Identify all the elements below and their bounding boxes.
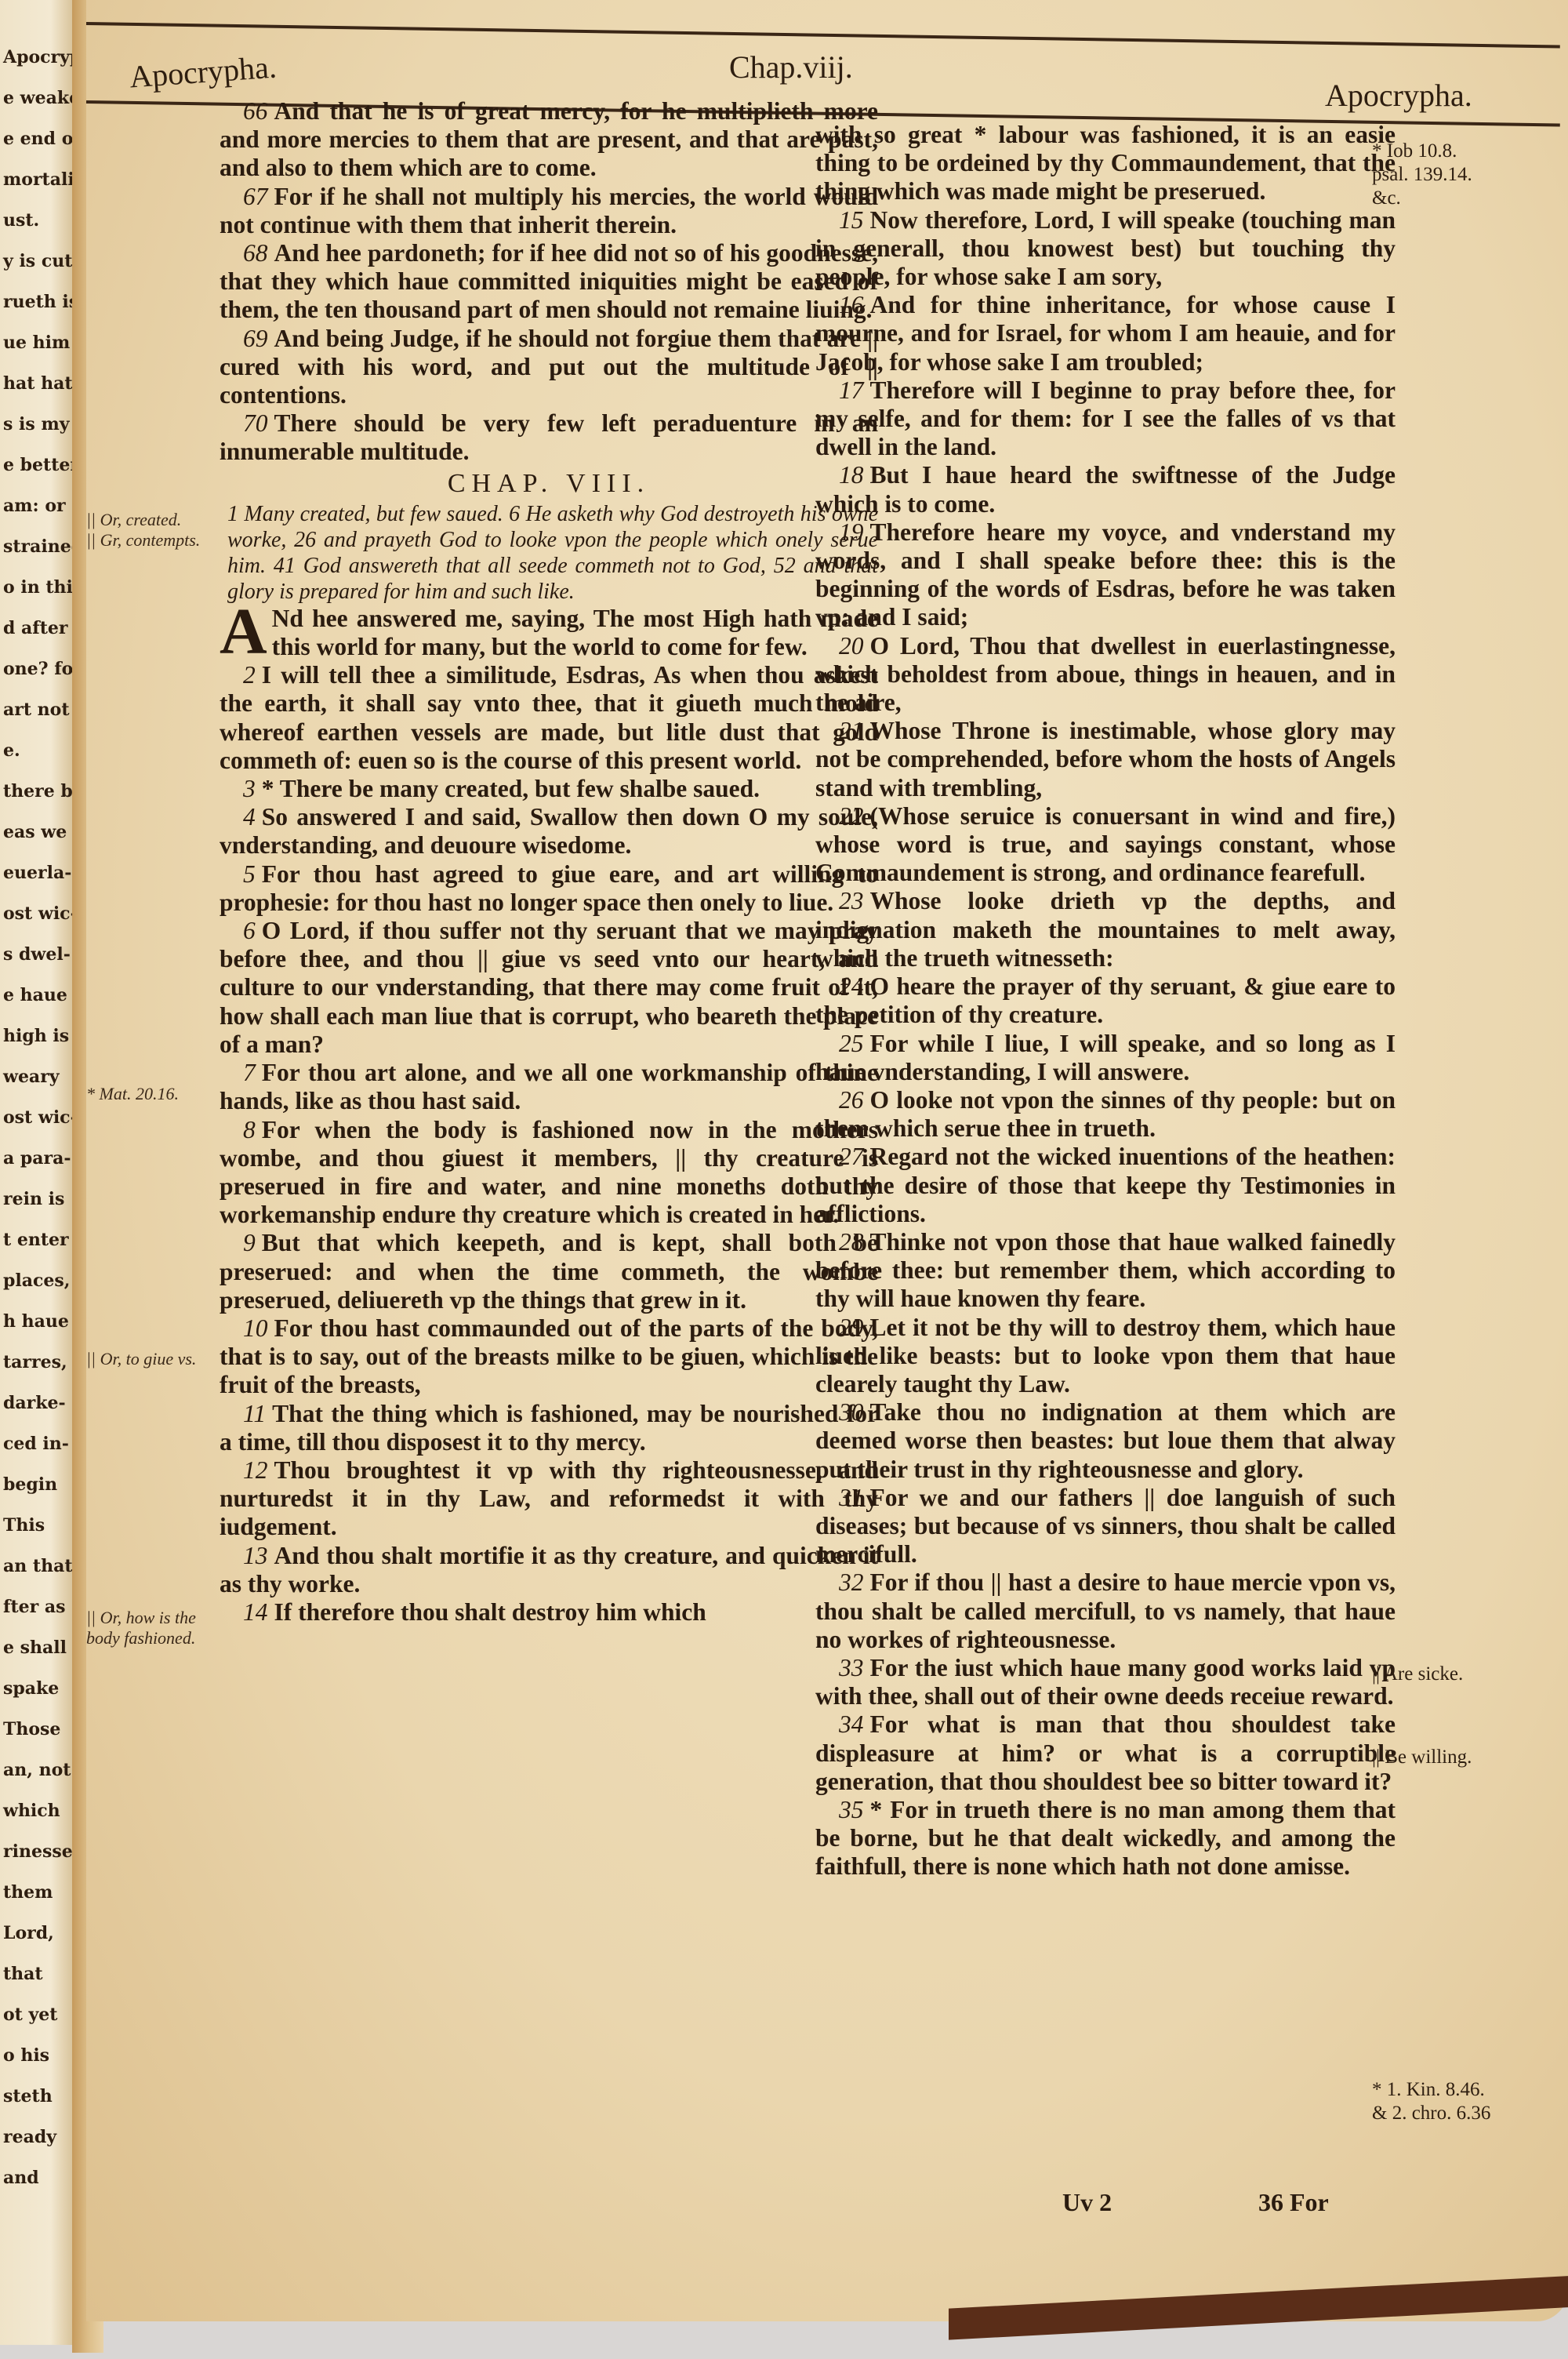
verse-text: For the iust which haue many good works … (815, 1654, 1396, 1710)
verse-text: And hee pardoneth; for if hee did not so… (220, 239, 878, 323)
verse: 9But that which keepeth, and is kept, sh… (220, 1229, 878, 1314)
verse: 33For the iust which haue many good work… (815, 1654, 1396, 1710)
verse: 15Now therefore, Lord, I will speake (to… (815, 206, 1396, 292)
facing-page-text-fragment: am: or (3, 496, 66, 517)
drop-cap: A (220, 605, 267, 660)
facing-page-text-fragment: a para- (3, 1148, 71, 1169)
verse: 13And thou shalt mortifie it as thy crea… (220, 1542, 878, 1598)
margin-note: || Or, to giue vs. (86, 1349, 196, 1369)
verse-number: 10 (243, 1314, 274, 1342)
verse-text: And for thine inheritance, for whose cau… (815, 291, 1396, 375)
verse: 3* There be many created, but few shalbe… (220, 775, 878, 803)
verse-number: 27 (839, 1143, 870, 1170)
verse-number: 24 (839, 972, 870, 1000)
verse-text: I will tell thee a similitude, Esdras, A… (220, 661, 878, 774)
verse: 8For when the body is fashioned now in t… (220, 1116, 878, 1230)
facing-page-text-fragment: high is (3, 1026, 69, 1047)
running-head-center: Chap.viij. (729, 49, 853, 85)
verse: 70There should be very few left peraduen… (220, 409, 878, 466)
verse-text: For thou hast commaunded out of the part… (220, 1314, 878, 1398)
verse-text: Whose looke drieth vp the depths, and in… (815, 887, 1396, 971)
verse: 4So answered I and said, Swallow then do… (220, 803, 878, 860)
verse: 10For thou hast commaunded out of the pa… (220, 1314, 878, 1400)
verse-number: 20 (839, 632, 870, 660)
verse-number: 35 (839, 1796, 870, 1823)
verse-number: 18 (839, 461, 870, 489)
verse: 32For if thou || hast a desire to haue m… (815, 1568, 1396, 1654)
facing-page-text-fragment: ost wic- (3, 1107, 74, 1129)
verse-number: 28 (839, 1228, 870, 1256)
verse-number: 25 (839, 1030, 870, 1057)
running-head-left: Apocrypha. (129, 49, 278, 96)
verse: 31For we and our fathers || doe languish… (815, 1484, 1396, 1569)
verse-text: For when the body is fashioned now in th… (220, 1116, 878, 1229)
verse-text: O heare the prayer of thy seruant, & giu… (815, 972, 1396, 1028)
verse-text: And thou shalt mortifie it as thy creatu… (220, 1542, 878, 1598)
left-text-column: 66And that he is of great mercy, for he … (220, 97, 878, 1627)
margin-note: body fashioned. (86, 1628, 195, 1648)
verse-text: O Lord, if thou suffer not thy seruant t… (220, 917, 878, 1058)
facing-page-text-fragment: them (3, 1882, 53, 1903)
verse-continuation: with so great * labour was fashioned, it… (815, 121, 1396, 206)
facing-page-text-fragment: spake (3, 1678, 59, 1699)
verse-number: 2 (243, 661, 262, 689)
verse-number: 19 (839, 518, 870, 546)
verse: 25For while I liue, I will speake, and s… (815, 1030, 1396, 1086)
verse-number: 66 (243, 97, 274, 125)
facing-page-text-fragment: ust. (3, 210, 39, 231)
verse-text: Regard not the wicked inuentions of the … (815, 1143, 1396, 1227)
verse: 18But I haue heard the swiftnesse of the… (815, 461, 1396, 518)
verse-text: But that which keepeth, and is kept, sha… (220, 1229, 878, 1313)
facing-page-text-fragment: This (3, 1515, 45, 1536)
facing-page-text-fragment: an, not (3, 1760, 71, 1781)
verse: 22(Whose seruice is conuersant in wind a… (815, 802, 1396, 888)
verse: 69And being Judge, if he should not forg… (220, 325, 878, 410)
verse-text: For if he shall not multiply his mercies… (220, 183, 878, 238)
header-rule-top (86, 22, 1560, 49)
verse-text: For thou art alone, and we all one workm… (220, 1059, 878, 1114)
verse-text: If therefore thou shalt destroy him whic… (274, 1598, 706, 1626)
facing-page-text-fragment: places, (3, 1270, 70, 1292)
verse-number: 70 (243, 409, 274, 437)
verse-text: So answered I and said, Swallow then dow… (220, 803, 878, 859)
facing-page-text-fragment: t enter (3, 1230, 69, 1251)
facing-page-text-fragment: there be (3, 781, 74, 802)
opening-text: Nd hee answered me, saying, The most Hig… (272, 605, 878, 660)
verse-number: 4 (243, 803, 262, 831)
verse: 7For thou art alone, and we all one work… (220, 1059, 878, 1115)
page-bottom-shadow (949, 2271, 1568, 2339)
facing-page-text-fragment: Apocryp (3, 47, 74, 68)
facing-page-text-fragment: and (3, 2168, 39, 2189)
margin-note: || Gr, contempts. (86, 530, 200, 551)
verse-number: 15 (839, 206, 870, 234)
verse-number: 23 (839, 887, 870, 914)
verse: 24O heare the prayer of thy seruant, & g… (815, 972, 1396, 1029)
verse: 20O Lord, Thou that dwellest in euerlast… (815, 632, 1396, 718)
verse-number: 67 (243, 183, 274, 210)
verse-number: 12 (243, 1456, 274, 1484)
verse-text: Therefore heare my voyce, and vnderstand… (815, 518, 1396, 631)
verse-text: O looke not vpon the sinnes of thy peopl… (815, 1086, 1396, 1142)
verse-number: 9 (243, 1229, 262, 1256)
verse-number: 33 (839, 1654, 870, 1681)
facing-page-text-fragment: e haue (3, 985, 67, 1006)
facing-page-text-fragment: rinesse (3, 1841, 73, 1863)
facing-page-text-fragment: ced in- (3, 1434, 69, 1455)
verse-number: 7 (243, 1059, 262, 1086)
facing-page-text-fragment: Lord, (3, 1923, 54, 1944)
facing-page-text-fragment: tarres, (3, 1352, 67, 1373)
facing-page-text-fragment: weary (3, 1067, 60, 1088)
verse-number: 30 (839, 1398, 870, 1426)
verse: 27Regard not the wicked inuentions of th… (815, 1143, 1396, 1228)
verse: 29Let it not be thy will to destroy them… (815, 1314, 1396, 1399)
facing-page-text-fragment: art not (3, 700, 70, 721)
verse-text: Thou broughtest it vp with thy righteous… (220, 1456, 878, 1540)
verse-text: Thinke not vpon those that haue walked f… (815, 1228, 1396, 1312)
margin-note: || Or, how is the (86, 1608, 196, 1628)
verse: 5For thou hast agreed to giue eare, and … (220, 860, 878, 917)
facing-page-text-fragment: e shall (3, 1637, 67, 1659)
facing-page-text-fragment: ost wic- (3, 903, 74, 925)
chapter-heading: CHAP. VIII. (220, 470, 878, 498)
facing-page-text-fragment: e. (3, 740, 20, 761)
facing-page-text-fragment: o in this (3, 577, 74, 598)
verse-text: And that he is of great mercy, for he mu… (220, 97, 878, 181)
verse-text: And being Judge, if he should not forgiu… (220, 325, 878, 409)
verse: 19Therefore heare my voyce, and vndersta… (815, 518, 1396, 632)
verse-text: For what is man that thou shouldest take… (815, 1710, 1396, 1794)
verse: 17Therefore will I beginne to pray befor… (815, 376, 1396, 462)
facing-page-text-fragment: y is cut (3, 251, 72, 272)
catchword: 36 For (1258, 2188, 1329, 2217)
facing-page-text-fragment: d after (3, 618, 68, 639)
facing-page-text-fragment: e end of (3, 129, 74, 150)
verse-text: O Lord, Thou that dwellest in euerlastin… (815, 632, 1396, 716)
verse-text: For if thou || hast a desire to haue mer… (815, 1568, 1396, 1652)
verse-text: Let it not be thy will to destroy them, … (815, 1314, 1396, 1398)
facing-page-text-fragment: steth (3, 2086, 53, 2107)
margin-note: psal. 139.14. (1372, 163, 1472, 187)
facing-page-text-fragment: that (3, 1964, 43, 1985)
margin-note: || Or, created. (86, 510, 181, 530)
margin-note: & 2. chro. 6.36 (1372, 2102, 1490, 2125)
verse-text: There should be very few left peraduentu… (220, 409, 878, 465)
verse-text: For thou hast agreed to giue eare, and a… (220, 860, 878, 916)
verse: 16And for thine inheritance, for whose c… (815, 291, 1396, 376)
signature-mark: Uv 2 (1062, 2188, 1112, 2217)
facing-page-text-fragment: s is my (3, 414, 70, 435)
facing-page-text-fragment: eas we (3, 822, 67, 843)
verse-number: 22 (839, 802, 870, 830)
margin-note: || Be willing. (1372, 1746, 1472, 1769)
margin-note: * Iob 10.8. (1372, 140, 1457, 163)
verse: 6O Lord, if thou suffer not thy seruant … (220, 917, 878, 1059)
facing-page-text-fragment: e better (3, 455, 74, 476)
verse: 23Whose looke drieth vp the depths, and … (815, 887, 1396, 972)
facing-page-text-fragment: ue him (3, 333, 70, 354)
verse: 14If therefore thou shalt destroy him wh… (220, 1598, 878, 1627)
verse: 21Whose Throne is inestimable, whose glo… (815, 717, 1396, 802)
facing-page-text-fragment: o his (3, 2045, 49, 2066)
verse-number: 29 (839, 1314, 870, 1341)
facing-page-text-fragment: euerla- (3, 863, 71, 884)
facing-page-text-fragment: ot yet (3, 2005, 57, 2026)
facing-page-text-fragment: which (3, 1801, 60, 1822)
verse-number: 31 (839, 1484, 870, 1511)
verse: 30Take thou no indignation at them which… (815, 1398, 1396, 1484)
verse-text: For while I liue, I will speake, and so … (815, 1030, 1396, 1085)
facing-page-text-fragment: strained (3, 536, 74, 558)
verse-text: Whose Throne is inestimable, whose glory… (815, 717, 1396, 801)
facing-page-text-fragment: ready (3, 2127, 56, 2148)
opening-paragraph: ANd hee answered me, saying, The most Hi… (220, 605, 878, 661)
verse-text: Therefore will I beginne to pray before … (815, 376, 1396, 460)
verse: 68And hee pardoneth; for if hee did not … (220, 239, 878, 325)
facing-page-text-fragment: hat hath (3, 373, 74, 394)
facing-page-text-fragment: rein is (3, 1189, 64, 1210)
verse-text: That the thing which is fashioned, may b… (220, 1400, 878, 1456)
right-text-column: with so great * labour was fashioned, it… (815, 121, 1396, 1881)
facing-page-text-fragment: an that (3, 1556, 72, 1577)
margin-note: * 1. Kin. 8.46. (1372, 2078, 1485, 2102)
verse-number: 11 (243, 1400, 272, 1427)
verse: 12Thou broughtest it vp with thy righteo… (220, 1456, 878, 1542)
verse: 2I will tell thee a similitude, Esdras, … (220, 661, 878, 775)
facing-page-text-fragment: darke- (3, 1393, 66, 1414)
verse-number: 5 (243, 860, 262, 888)
verse-text: For we and our fathers || doe languish o… (815, 1484, 1396, 1568)
verse-text: * There be many created, but few shalbe … (262, 775, 760, 802)
facing-page-edge: Apocrype weake,e end ofmortali-ust.y is … (0, 0, 74, 2345)
facing-page-text-fragment: Those (3, 1719, 60, 1740)
verse-number: 34 (839, 1710, 870, 1738)
margin-note: &c. (1372, 187, 1401, 210)
facing-page-text-fragment: rueth is (3, 292, 74, 313)
verse-number: 14 (243, 1598, 274, 1626)
chapter-summary: 1 Many created, but few saued. 6 He aske… (220, 501, 878, 605)
verse: 26O looke not vpon the sinnes of thy peo… (815, 1086, 1396, 1143)
facing-page-text-fragment: s dwel- (3, 944, 71, 965)
facing-page-text-fragment: mortali- (3, 169, 74, 191)
facing-page-text-fragment: h haue (3, 1311, 69, 1332)
verse-text: (Whose seruice is conuersant in wind and… (815, 802, 1396, 886)
verse-number: 68 (243, 239, 274, 267)
facing-page-text-fragment: e weake, (3, 88, 74, 109)
verse-number: 3 (243, 775, 262, 802)
facing-page-text-fragment: begin (3, 1474, 57, 1496)
verse: 11That the thing which is fashioned, may… (220, 1400, 878, 1456)
facing-page-text-fragment: fter as (3, 1597, 66, 1618)
verse-text: Now therefore, Lord, I will speake (touc… (815, 206, 1396, 290)
margin-note: * Mat. 20.16. (86, 1084, 179, 1104)
verse-number: 6 (243, 917, 262, 944)
verse-number: 13 (243, 1542, 274, 1569)
verse: 66And that he is of great mercy, for he … (220, 97, 878, 183)
verse-text: * For in trueth there is no man among th… (815, 1796, 1396, 1880)
verse: 67For if he shall not multiply his merci… (220, 183, 878, 239)
verse-number: 69 (243, 325, 274, 352)
verse-number: 21 (839, 717, 870, 744)
verse-number: 32 (839, 1568, 870, 1596)
verse: 28Thinke not vpon those that haue walked… (815, 1228, 1396, 1314)
facing-page-text-fragment: one? for (3, 659, 74, 680)
running-head-right: Apocrypha. (1325, 77, 1472, 114)
book-page: Apocrypha. Chap.viij. Apocrypha. 66And t… (86, 0, 1568, 2321)
verse-number: 17 (839, 376, 870, 404)
margin-note: || Are sicke. (1372, 1663, 1463, 1686)
verse-number: 26 (839, 1086, 870, 1114)
verse: 34For what is man that thou shouldest ta… (815, 1710, 1396, 1796)
verse-number: 16 (839, 291, 870, 318)
verse: 35* For in trueth there is no man among … (815, 1796, 1396, 1881)
verse-number: 8 (243, 1116, 262, 1143)
verse-text: But I haue heard the swiftnesse of the J… (815, 461, 1396, 517)
verse-text: Take thou no indignation at them which a… (815, 1398, 1396, 1482)
